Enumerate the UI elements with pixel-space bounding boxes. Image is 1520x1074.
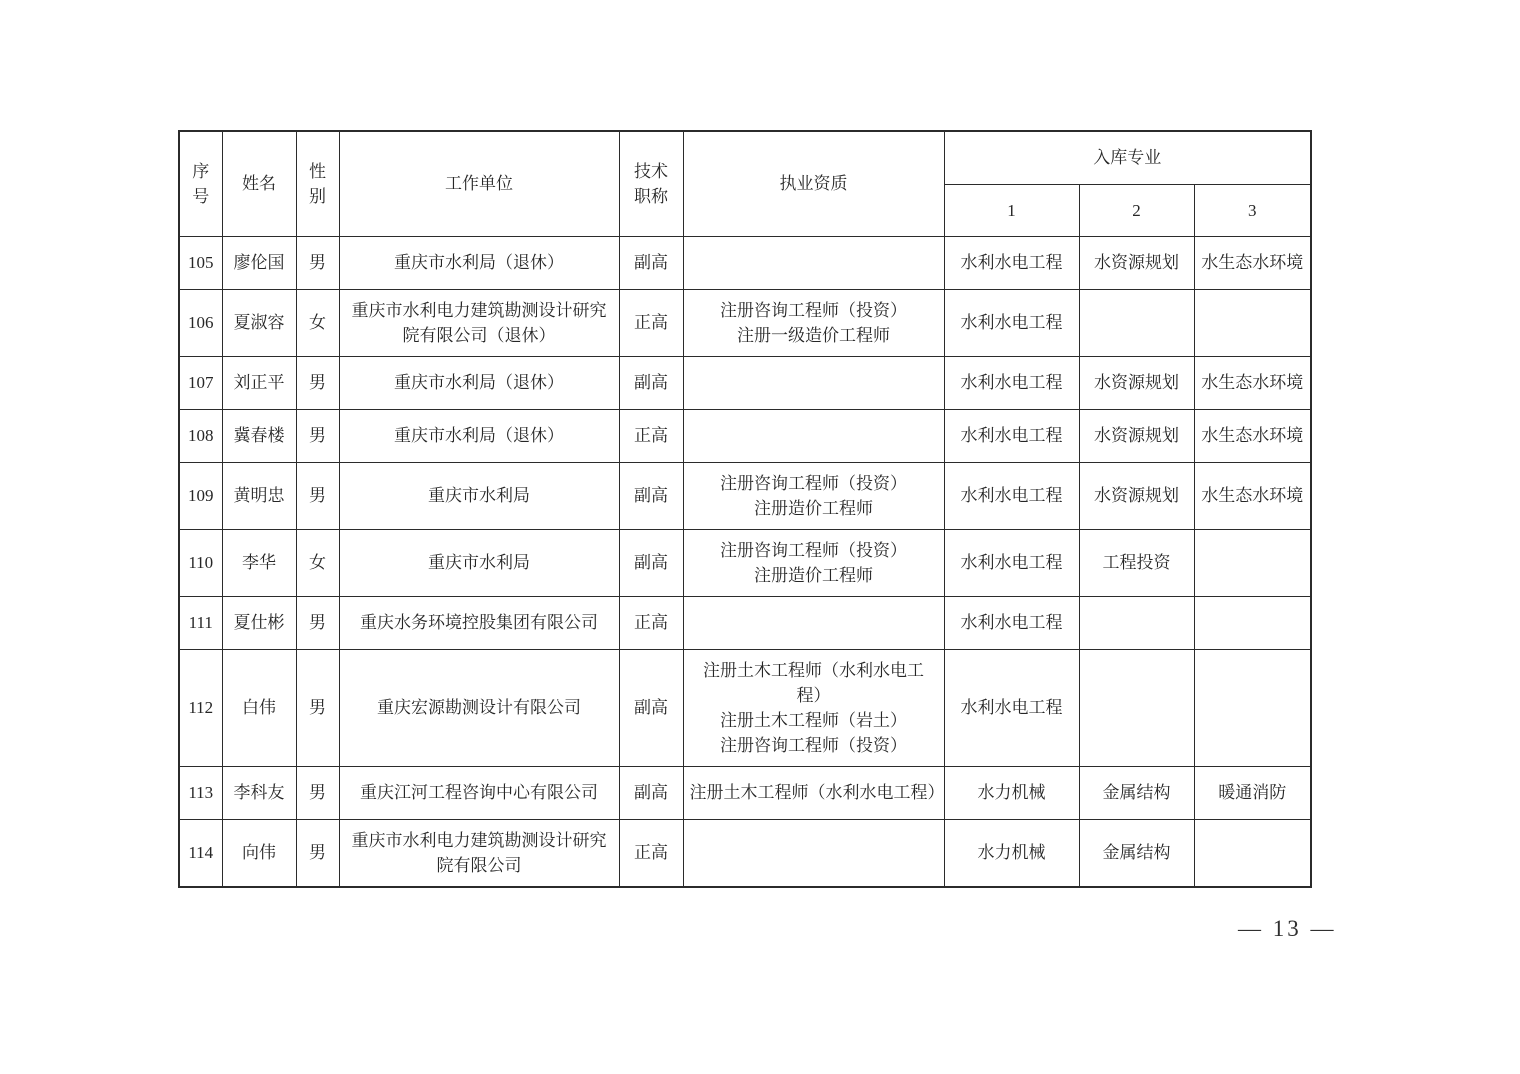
cell-employer: 重庆市水利局（退休）	[339, 236, 619, 289]
cell-specialty-3	[1194, 819, 1311, 887]
cell-index: 109	[179, 462, 222, 529]
cell-employer: 重庆市水利局	[339, 529, 619, 596]
cell-specialty-1: 水利水电工程	[944, 529, 1079, 596]
cell-qualification	[683, 356, 944, 409]
cell-specialty-2: 工程投资	[1079, 529, 1194, 596]
table-row: 114向伟男重庆市水利电力建筑勘测设计研究院有限公司正高水力机械金属结构	[179, 819, 1311, 887]
table-row: 111夏仕彬男重庆水务环境控股集团有限公司正高水利水电工程	[179, 596, 1311, 649]
cell-title: 副高	[619, 649, 683, 766]
cell-specialty-2: 水资源规划	[1079, 356, 1194, 409]
cell-qualification: 注册咨询工程师（投资） 注册造价工程师	[683, 462, 944, 529]
cell-index: 113	[179, 766, 222, 819]
cell-qualification	[683, 409, 944, 462]
cell-title: 正高	[619, 409, 683, 462]
table-row: 108冀春楼男重庆市水利局（退休）正高水利水电工程水资源规划水生态水环境	[179, 409, 1311, 462]
col-header-gender: 性 别	[296, 131, 339, 236]
cell-gender: 男	[296, 819, 339, 887]
table-row: 106夏淑容女重庆市水利电力建筑勘测设计研究院有限公司（退休）正高注册咨询工程师…	[179, 289, 1311, 356]
cell-specialty-1: 水利水电工程	[944, 596, 1079, 649]
cell-gender: 女	[296, 289, 339, 356]
cell-specialty-3	[1194, 649, 1311, 766]
cell-title: 副高	[619, 462, 683, 529]
cell-specialty-2: 水资源规划	[1079, 409, 1194, 462]
cell-gender: 男	[296, 462, 339, 529]
cell-index: 111	[179, 596, 222, 649]
cell-specialty-1: 水利水电工程	[944, 462, 1079, 529]
cell-gender: 男	[296, 409, 339, 462]
cell-title: 正高	[619, 289, 683, 356]
cell-specialty-2: 水资源规划	[1079, 462, 1194, 529]
cell-specialty-3: 水生态水环境	[1194, 462, 1311, 529]
cell-name: 夏仕彬	[222, 596, 296, 649]
cell-name: 黄明忠	[222, 462, 296, 529]
cell-specialty-1: 水利水电工程	[944, 236, 1079, 289]
cell-qualification: 注册土木工程师（水利水电工程） 注册土木工程师（岩土） 注册咨询工程师（投资）	[683, 649, 944, 766]
table-row: 105廖伦国男重庆市水利局（退休）副高水利水电工程水资源规划水生态水环境	[179, 236, 1311, 289]
cell-specialty-2: 金属结构	[1079, 819, 1194, 887]
cell-specialty-1: 水利水电工程	[944, 289, 1079, 356]
col-header-specialty-1: 1	[944, 184, 1079, 236]
cell-employer: 重庆市水利局（退休）	[339, 356, 619, 409]
cell-specialty-2: 金属结构	[1079, 766, 1194, 819]
cell-title: 副高	[619, 356, 683, 409]
cell-specialty-3	[1194, 529, 1311, 596]
cell-qualification: 注册咨询工程师（投资） 注册造价工程师	[683, 529, 944, 596]
cell-specialty-1: 水力机械	[944, 819, 1079, 887]
cell-gender: 男	[296, 236, 339, 289]
cell-index: 108	[179, 409, 222, 462]
cell-employer: 重庆市水利局（退休）	[339, 409, 619, 462]
cell-specialty-3: 水生态水环境	[1194, 236, 1311, 289]
col-header-specialty-group: 入库专业	[944, 131, 1311, 184]
cell-name: 向伟	[222, 819, 296, 887]
cell-specialty-2	[1079, 596, 1194, 649]
cell-gender: 男	[296, 766, 339, 819]
cell-title: 副高	[619, 529, 683, 596]
cell-name: 冀春楼	[222, 409, 296, 462]
col-header-specialty-3: 3	[1194, 184, 1311, 236]
cell-index: 106	[179, 289, 222, 356]
cell-name: 白伟	[222, 649, 296, 766]
cell-specialty-2: 水资源规划	[1079, 236, 1194, 289]
col-header-index: 序 号	[179, 131, 222, 236]
cell-specialty-2	[1079, 649, 1194, 766]
cell-employer: 重庆市水利电力建筑勘测设计研究院有限公司（退休）	[339, 289, 619, 356]
cell-specialty-3	[1194, 289, 1311, 356]
personnel-table: 序 号 姓名 性 别 工作单位 技术 职称 执业资质 入库专业 1 2 3 10…	[178, 130, 1312, 888]
cell-employer: 重庆市水利电力建筑勘测设计研究院有限公司	[339, 819, 619, 887]
cell-specialty-1: 水利水电工程	[944, 409, 1079, 462]
cell-gender: 男	[296, 649, 339, 766]
table-row: 112白伟男重庆宏源勘测设计有限公司副高注册土木工程师（水利水电工程） 注册土木…	[179, 649, 1311, 766]
cell-specialty-2	[1079, 289, 1194, 356]
col-header-title: 技术 职称	[619, 131, 683, 236]
table-body: 105廖伦国男重庆市水利局（退休）副高水利水电工程水资源规划水生态水环境106夏…	[179, 236, 1311, 887]
cell-index: 110	[179, 529, 222, 596]
cell-name: 刘正平	[222, 356, 296, 409]
cell-specialty-3	[1194, 596, 1311, 649]
cell-title: 副高	[619, 236, 683, 289]
cell-title: 副高	[619, 766, 683, 819]
col-header-name: 姓名	[222, 131, 296, 236]
cell-name: 李华	[222, 529, 296, 596]
cell-qualification	[683, 819, 944, 887]
cell-name: 李科友	[222, 766, 296, 819]
cell-index: 112	[179, 649, 222, 766]
table-row: 110李华女重庆市水利局副高注册咨询工程师（投资） 注册造价工程师水利水电工程工…	[179, 529, 1311, 596]
cell-employer: 重庆宏源勘测设计有限公司	[339, 649, 619, 766]
page-number: — 13 —	[1238, 916, 1337, 942]
cell-specialty-3: 水生态水环境	[1194, 356, 1311, 409]
cell-gender: 女	[296, 529, 339, 596]
cell-specialty-1: 水利水电工程	[944, 649, 1079, 766]
cell-specialty-1: 水利水电工程	[944, 356, 1079, 409]
cell-name: 廖伦国	[222, 236, 296, 289]
cell-index: 114	[179, 819, 222, 887]
col-header-specialty-2: 2	[1079, 184, 1194, 236]
cell-specialty-1: 水力机械	[944, 766, 1079, 819]
cell-name: 夏淑容	[222, 289, 296, 356]
cell-qualification	[683, 236, 944, 289]
cell-specialty-3: 水生态水环境	[1194, 409, 1311, 462]
cell-qualification: 注册土木工程师（水利水电工程）	[683, 766, 944, 819]
cell-employer: 重庆江河工程咨询中心有限公司	[339, 766, 619, 819]
col-header-employer: 工作单位	[339, 131, 619, 236]
table-row: 109黄明忠男重庆市水利局副高注册咨询工程师（投资） 注册造价工程师水利水电工程…	[179, 462, 1311, 529]
col-header-qualification: 执业资质	[683, 131, 944, 236]
cell-gender: 男	[296, 356, 339, 409]
cell-title: 正高	[619, 819, 683, 887]
cell-specialty-3: 暖通消防	[1194, 766, 1311, 819]
table-row: 107刘正平男重庆市水利局（退休）副高水利水电工程水资源规划水生态水环境	[179, 356, 1311, 409]
cell-gender: 男	[296, 596, 339, 649]
cell-index: 107	[179, 356, 222, 409]
cell-index: 105	[179, 236, 222, 289]
cell-title: 正高	[619, 596, 683, 649]
table-row: 113李科友男重庆江河工程咨询中心有限公司副高注册土木工程师（水利水电工程）水力…	[179, 766, 1311, 819]
document-page: 序 号 姓名 性 别 工作单位 技术 职称 执业资质 入库专业 1 2 3 10…	[0, 0, 1520, 1074]
cell-employer: 重庆市水利局	[339, 462, 619, 529]
cell-employer: 重庆水务环境控股集团有限公司	[339, 596, 619, 649]
cell-qualification: 注册咨询工程师（投资） 注册一级造价工程师	[683, 289, 944, 356]
cell-qualification	[683, 596, 944, 649]
